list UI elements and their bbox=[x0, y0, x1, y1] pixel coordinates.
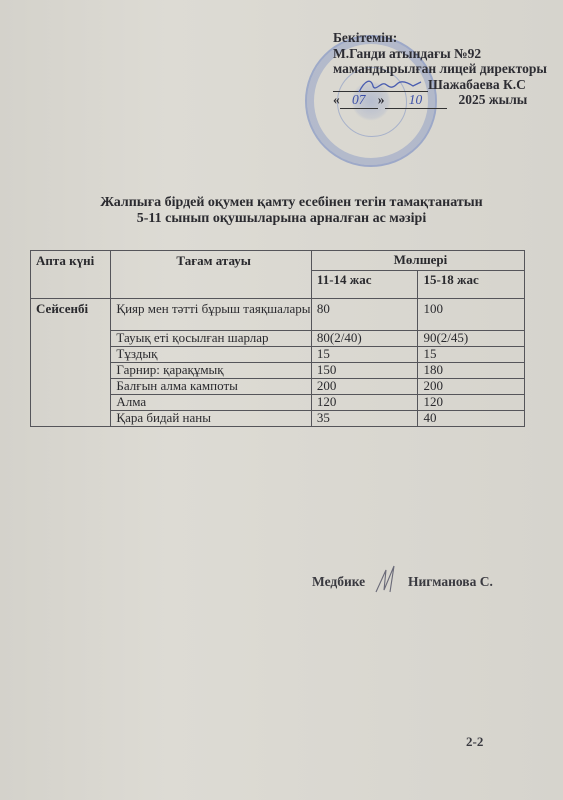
dish-cell: Қияр мен тәтті бұрыш таяқшалары bbox=[111, 299, 312, 331]
header-age-11-14: 11-14 жас bbox=[311, 270, 418, 298]
amount-15-18-cell: 90(2/45) bbox=[418, 331, 525, 347]
nurse-name: Нигманова С. bbox=[408, 574, 493, 589]
amount-15-18-cell: 180 bbox=[418, 363, 525, 379]
dish-cell: Балғын алма кампоты bbox=[111, 379, 312, 395]
menu-table: Апта күні Тағам атауы Мөлшері 11-14 жас … bbox=[30, 250, 525, 427]
amount-11-14-cell: 80 bbox=[311, 299, 418, 331]
amount-11-14-cell: 120 bbox=[311, 395, 418, 411]
dish-cell: Тұздық bbox=[111, 347, 312, 363]
dish-cell: Тауық еті қосылған шарлар bbox=[111, 331, 312, 347]
title-line-1: Жалпыға бірдей оқумен қамту есебінен тег… bbox=[0, 195, 563, 211]
approval-date-line: «07»102025 жылы bbox=[333, 92, 563, 109]
date-year: 2025 жылы bbox=[459, 92, 528, 107]
dish-cell: Қара бидай наны bbox=[111, 411, 312, 427]
amount-11-14-cell: 35 bbox=[311, 411, 418, 427]
amount-15-18-cell: 120 bbox=[418, 395, 525, 411]
approval-block: Бекітемін: М.Ганди атындағы №92 мамандыр… bbox=[333, 30, 563, 109]
amount-15-18-cell: 40 bbox=[418, 411, 525, 427]
nurse-role: Медбике bbox=[312, 574, 408, 590]
amount-15-18-cell: 100 bbox=[418, 299, 525, 331]
approval-school-name: М.Ганди атындағы №92 bbox=[333, 46, 563, 62]
header-age-15-18: 15-18 жас bbox=[418, 270, 525, 298]
page-number: 2-2 bbox=[466, 734, 483, 750]
approval-director-title: мамандырылған лицей директоры bbox=[333, 61, 563, 77]
approval-heading: Бекітемін: bbox=[333, 30, 563, 46]
table-row: Сейсенбі Қияр мен тәтті бұрыш таяқшалары… bbox=[31, 299, 525, 331]
date-open-quote: « bbox=[333, 92, 340, 107]
signature-underline bbox=[333, 77, 428, 92]
title-line-2: 5-11 сынып оқушыларына арналған ас мәзір… bbox=[0, 211, 563, 227]
approval-director-line: Шажабаева К.С bbox=[333, 77, 563, 93]
document-title: Жалпыға бірдей оқумен қамту есебінен тег… bbox=[0, 195, 563, 227]
date-month: 10 bbox=[385, 92, 447, 109]
amount-11-14-cell: 15 bbox=[311, 347, 418, 363]
approval-director-name: Шажабаева К.С bbox=[428, 77, 526, 92]
amount-15-18-cell: 15 bbox=[418, 347, 525, 363]
nurse-signoff: МедбикеНигманова С. bbox=[312, 574, 493, 590]
amount-11-14-cell: 200 bbox=[311, 379, 418, 395]
amount-11-14-cell: 150 bbox=[311, 363, 418, 379]
amount-11-14-cell: 80(2/40) bbox=[311, 331, 418, 347]
date-day: 07 bbox=[340, 92, 378, 109]
dish-cell: Алма bbox=[111, 395, 312, 411]
header-amount: Мөлшері bbox=[311, 251, 524, 271]
dish-cell: Гарнир: қарақұмық bbox=[111, 363, 312, 379]
date-close-quote: » bbox=[378, 92, 385, 107]
amount-15-18-cell: 200 bbox=[418, 379, 525, 395]
header-day: Апта күні bbox=[31, 251, 111, 299]
header-dish: Тағам атауы bbox=[111, 251, 312, 299]
day-cell: Сейсенбі bbox=[31, 299, 111, 427]
